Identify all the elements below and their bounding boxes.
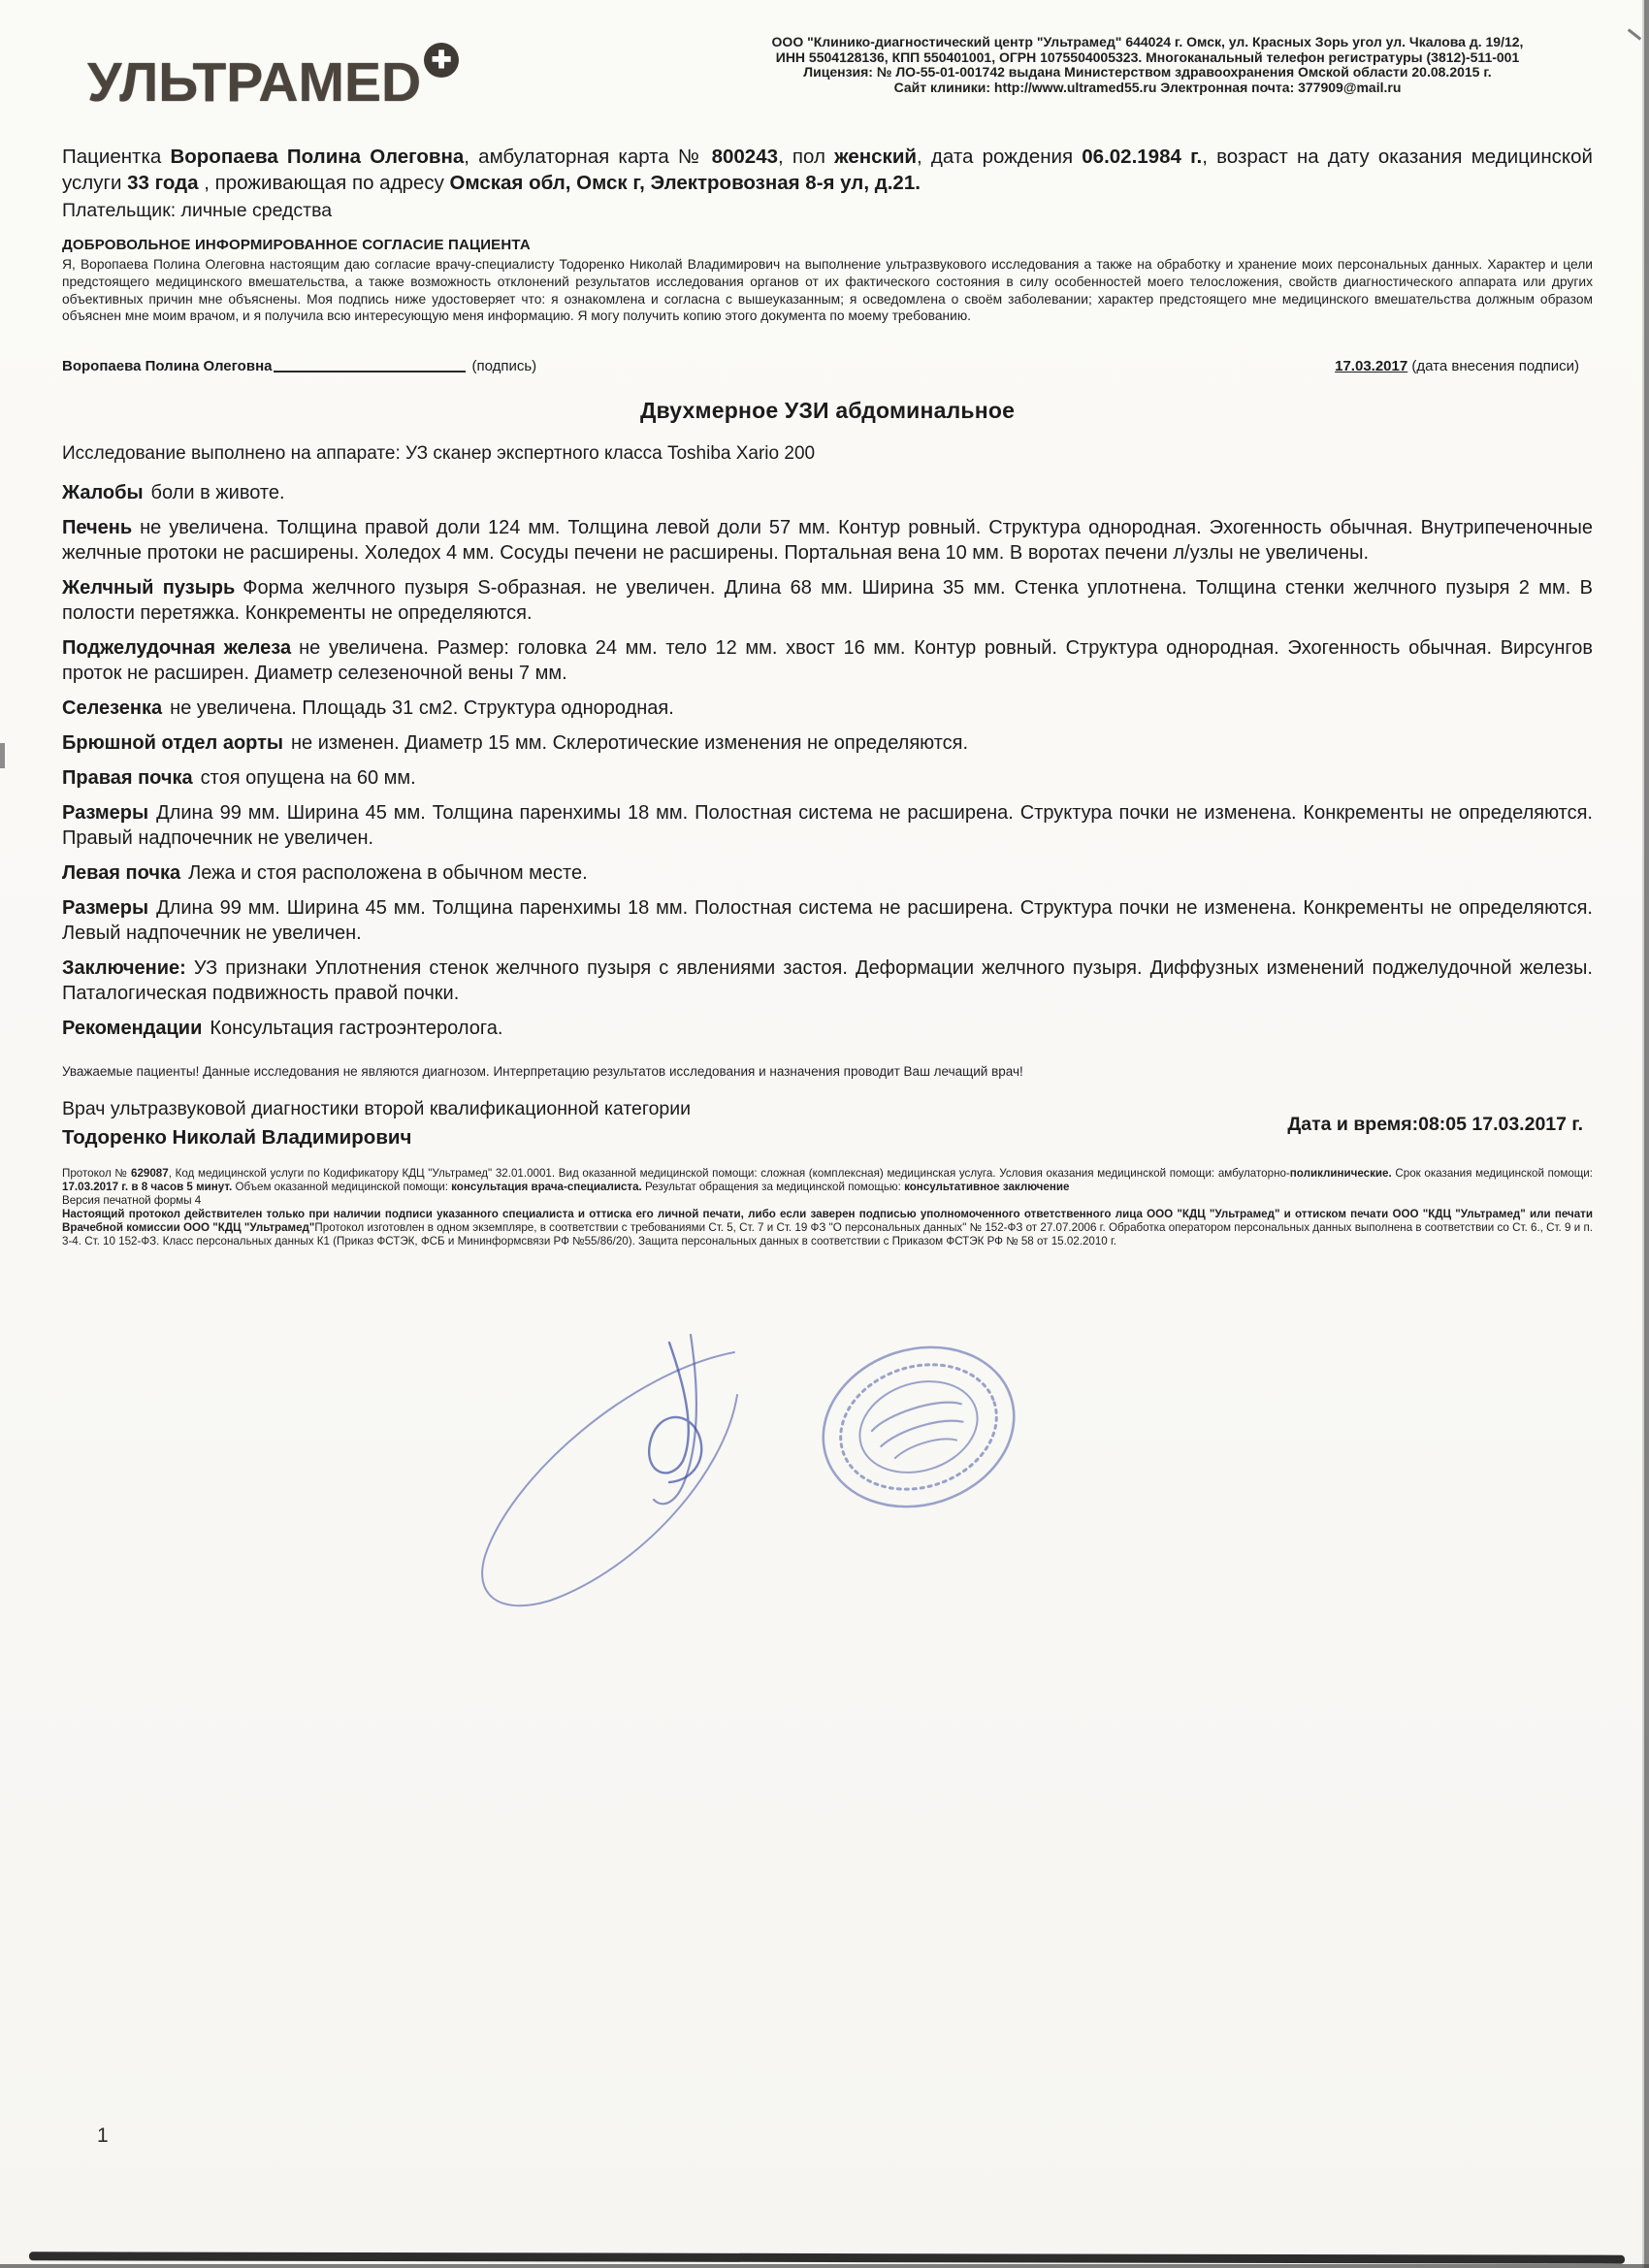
scan-edge-bottom bbox=[29, 2252, 1625, 2263]
section-text: не увеличена. Размер: головка 24 мм. тел… bbox=[62, 637, 1593, 684]
device-line: Исследование выполнено на аппарате: УЗ с… bbox=[62, 443, 1593, 465]
section-label: Размеры bbox=[62, 897, 148, 919]
report-section: РекомендацииКонсультация гастроэнтеролог… bbox=[62, 1016, 1593, 1041]
section-text: Длина 99 мм. Ширина 45 мм. Толщина парен… bbox=[62, 802, 1593, 849]
section-label: Брюшной отдел аорты bbox=[62, 732, 283, 754]
exam-datetime: Дата и время:08:05 17.03.2017 г. bbox=[1287, 1114, 1583, 1136]
clinic-info-line: ИНН 5504128136, КПП 550401001, ОГРН 1075… bbox=[702, 50, 1593, 66]
section-text: Консультация гастроэнтеролога. bbox=[210, 1018, 502, 1039]
section-text: стоя опущена на 60 мм. bbox=[201, 767, 416, 789]
section-label: Селезенка bbox=[62, 697, 162, 719]
section-label: Заключение: bbox=[62, 957, 186, 979]
section-text: Форма желчного пузыря S-образная. не уве… bbox=[62, 577, 1593, 624]
payer-line: Плательщик: личные средства bbox=[62, 200, 1593, 222]
doctor-block: Врач ультразвуковой диагностики второй к… bbox=[62, 1098, 1593, 1150]
scan-edge-right-light bbox=[1642, 0, 1644, 2268]
signature-scribble bbox=[649, 1343, 701, 1482]
scan-edge-bottom-thin bbox=[0, 2264, 1649, 2268]
scan-left-mark bbox=[0, 743, 5, 768]
report-section: Селезенкане увеличена. Площадь 31 см2. С… bbox=[62, 696, 1593, 721]
section-label: Поджелудочная железа bbox=[62, 637, 291, 659]
signature-scribble-tail bbox=[654, 1335, 696, 1504]
patient-summary: Пациентка Воропаева Полина Олеговна, амб… bbox=[62, 144, 1593, 196]
section-text: не увеличена. Толщина правой доли 124 мм… bbox=[62, 517, 1593, 564]
notice-line: Уважаемые пациенты! Данные исследования … bbox=[62, 1064, 1593, 1079]
report-sections: Жалобыболи в животе. Печеньне увеличена.… bbox=[62, 480, 1593, 1041]
report-section: Заключение:УЗ признаки Уплотнения стенок… bbox=[62, 956, 1593, 1006]
section-text: Длина 99 мм. Ширина 45 мм. Толщина парен… bbox=[62, 897, 1593, 944]
signature-blank-line bbox=[274, 369, 466, 373]
clinic-info: ООО "Клинико-диагностический центр "Ульт… bbox=[702, 35, 1593, 95]
section-label: Размеры bbox=[62, 802, 148, 824]
clinic-logo: УЛЬТРАМЕD✚ bbox=[87, 50, 459, 114]
report-title: Двухмерное УЗИ абдоминальное bbox=[62, 398, 1593, 424]
consent-body: Я, Воропаева Полина Олеговна настоящим д… bbox=[62, 256, 1593, 325]
section-text: не увеличена. Площадь 31 см2. Структура … bbox=[170, 697, 674, 719]
clinic-info-line: Лицензия: № ЛО-55-01-001742 выдана Минис… bbox=[702, 65, 1593, 81]
section-text: не изменен. Диаметр 15 мм. Склеротически… bbox=[291, 732, 968, 754]
version-line: Версия печатной формы 4 bbox=[62, 1194, 1593, 1208]
signature-flourish bbox=[482, 1352, 737, 1605]
plus-icon: ✚ bbox=[424, 43, 459, 78]
report-section: Жалобыболи в животе. bbox=[62, 480, 1593, 505]
clinic-info-line: Сайт клиники: http://www.ultramed55.ru Э… bbox=[702, 81, 1593, 96]
report-section: РазмерыДлина 99 мм. Ширина 45 мм. Толщин… bbox=[62, 895, 1593, 946]
report-section: Брюшной отдел аортыне изменен. Диаметр 1… bbox=[62, 730, 1593, 756]
section-text: боли в животе. bbox=[151, 482, 285, 503]
report-section: Желчный пузырьФорма желчного пузыря S-об… bbox=[62, 575, 1593, 626]
report-section: Печеньне увеличена. Толщина правой доли … bbox=[62, 515, 1593, 566]
scan-edge-right bbox=[1644, 0, 1649, 2268]
consent-signature-row: Воропаева Полина Олеговна (подпись) 17.0… bbox=[62, 358, 1593, 374]
section-text: Лежа и стоя расположена в обычном месте. bbox=[188, 862, 588, 884]
scanned-document-page: УЛЬТРАМЕD✚ ООО "Клинико-диагностический … bbox=[0, 0, 1649, 2268]
report-section: Левая почкаЛежа и стоя расположена в обы… bbox=[62, 860, 1593, 886]
signature-label: (подпись) bbox=[471, 358, 536, 374]
page-number: 1 bbox=[97, 2124, 109, 2148]
signature-date: 17.03.2017 bbox=[1335, 358, 1407, 374]
clinic-info-line: ООО "Клинико-диагностический центр "Ульт… bbox=[702, 35, 1593, 50]
report-section: Правая почкастоя опущена на 60 мм. bbox=[62, 765, 1593, 791]
section-label: Рекомендации bbox=[62, 1018, 202, 1039]
section-label: Правая почка bbox=[62, 767, 193, 789]
signature-date-label: (дата внесения подписи) bbox=[1411, 358, 1579, 374]
legal-paragraph: Настоящий протокол действителен только п… bbox=[62, 1208, 1593, 1248]
consent-signer-name: Воропаева Полина Олеговна bbox=[62, 358, 272, 374]
signature-graphic bbox=[438, 1315, 1108, 1640]
section-label: Желчный пузырь bbox=[62, 577, 235, 599]
section-label: Печень bbox=[62, 517, 132, 538]
consent-heading: ДОБРОВОЛЬНОЕ ИНФОРМИРОВАННОЕ СОГЛАСИЕ ПА… bbox=[62, 237, 1593, 253]
stamp-graphic bbox=[802, 1323, 1035, 1531]
stamp-and-signature bbox=[438, 1315, 1108, 1640]
protocol-paragraph: Протокол № 629087, Код медицинской услуг… bbox=[62, 1167, 1593, 1194]
clinic-logo-text: УЛЬТРАМЕD bbox=[87, 51, 421, 113]
signature-date-group: 17.03.2017 (дата внесения подписи) bbox=[1335, 358, 1579, 374]
report-section: РазмерыДлина 99 мм. Ширина 45 мм. Толщин… bbox=[62, 800, 1593, 851]
report-section: Поджелудочная железане увеличена. Размер… bbox=[62, 635, 1593, 686]
section-label: Левая почка bbox=[62, 862, 180, 884]
section-text: УЗ признаки Уплотнения стенок желчного п… bbox=[62, 957, 1593, 1004]
section-label: Жалобы bbox=[62, 482, 144, 503]
document-header: УЛЬТРАМЕD✚ ООО "Клинико-диагностический … bbox=[62, 35, 1593, 114]
